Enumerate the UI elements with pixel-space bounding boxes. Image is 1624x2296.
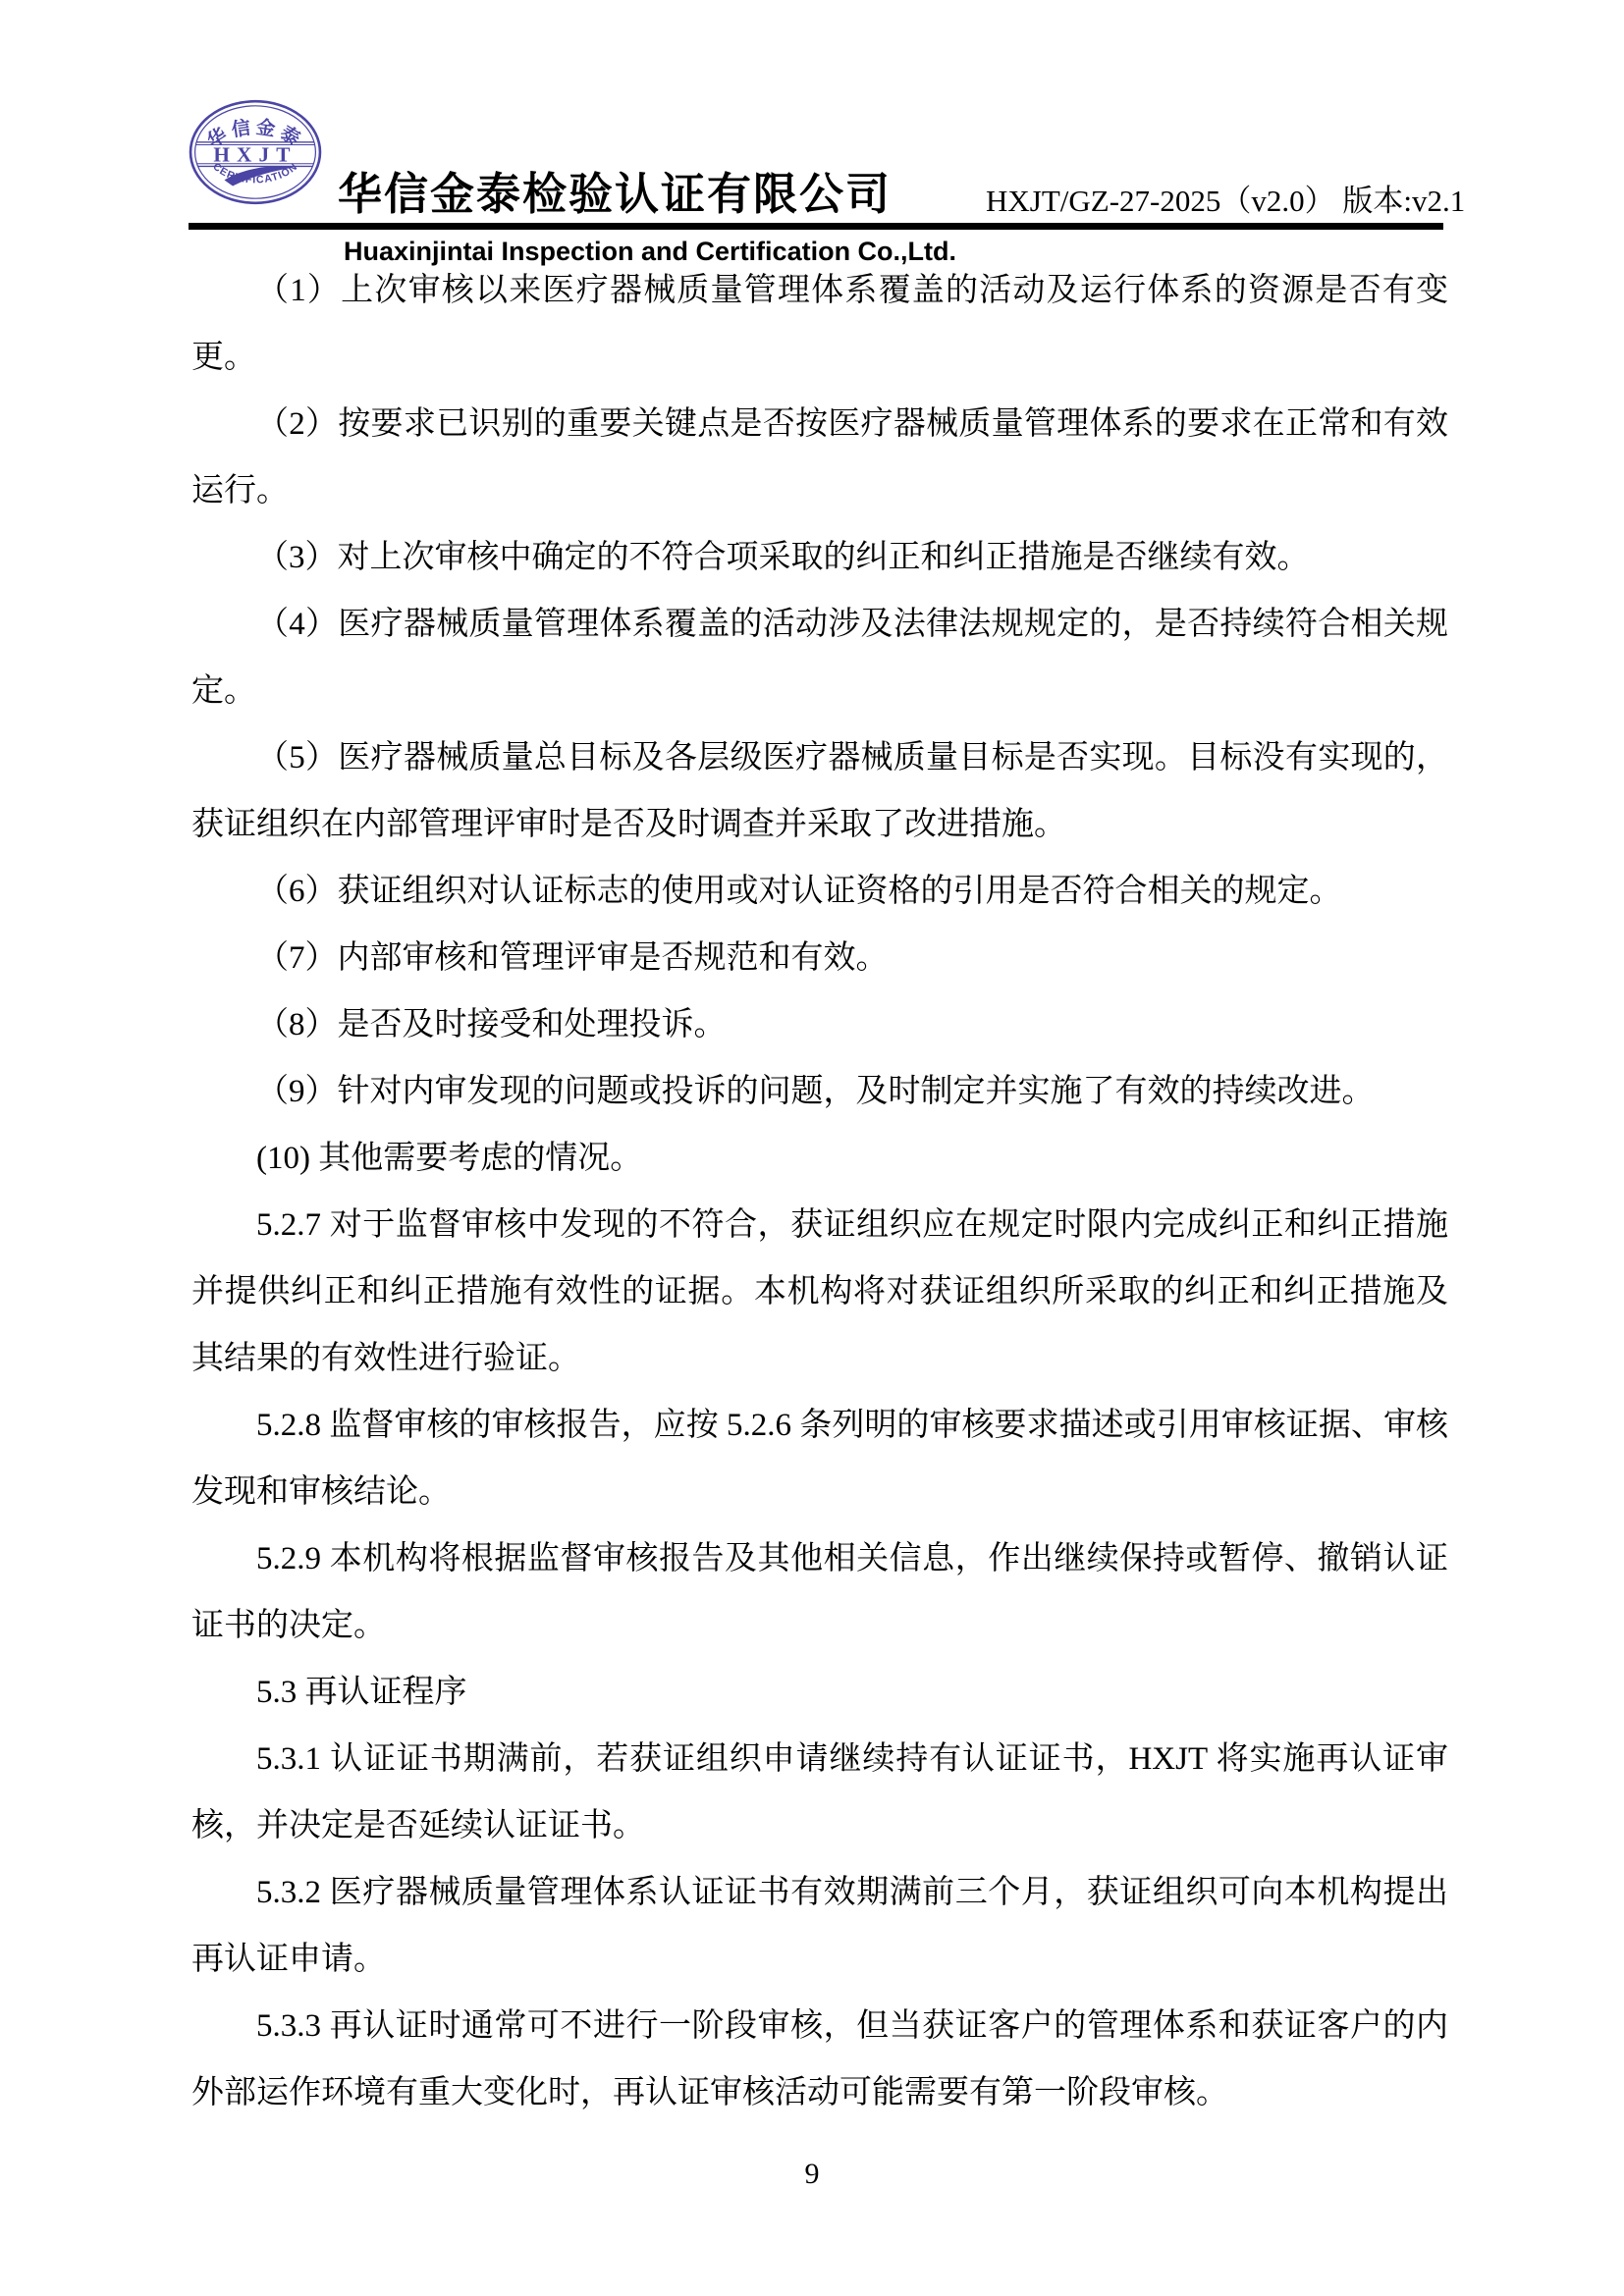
paragraph: 5.3.3 再认证时通常可不进行一阶段审核，但当获证客户的管理体系和获证客户的内…	[191, 1993, 1448, 2126]
header-divider	[189, 223, 1443, 230]
company-name-zh: 华信金泰检验认证有限公司	[338, 171, 892, 220]
company-seal-logo: 华信金泰 HXJT CERTIFICATION	[189, 98, 322, 206]
document-body: （1）上次审核以来医疗器械质量管理体系覆盖的活动及运行体系的资源是否有变更。（2…	[191, 257, 1448, 2126]
paragraph: （3）对上次审核中确定的不符合项采取的纠正和纠正措施是否继续有效。	[191, 524, 1448, 591]
seal-icon: 华信金泰 HXJT CERTIFICATION	[189, 98, 322, 206]
seal-acronym-text: HXJT	[213, 143, 297, 167]
paragraph: （2）按要求已识别的重要关键点是否按医疗器械质量管理体系的要求在正常和有效运行。	[191, 391, 1448, 524]
paragraph: 5.2.9 本机构将根据监督审核报告及其他相关信息，作出继续保持或暂停、撤销认证…	[191, 1525, 1448, 1659]
paragraph: （4）医疗器械质量管理体系覆盖的活动涉及法律法规规定的，是否持续符合相关规定。	[191, 591, 1448, 724]
document-code: HXJT/GZ-27-2025（v2.0） 版本:v2.1	[986, 185, 1465, 218]
paragraph: （8）是否及时接受和处理投诉。	[191, 991, 1448, 1058]
paragraph: 5.3.1 认证证书期满前，若获证组织申请继续持有认证证书，HXJT 将实施再认…	[191, 1726, 1448, 1859]
paragraph: 5.3.2 医疗器械质量管理体系认证证书有效期满前三个月，获证组织可向本机构提出…	[191, 1859, 1448, 1993]
paragraph: 5.3 再认证程序	[191, 1659, 1448, 1726]
paragraph: (10) 其他需要考虑的情况。	[191, 1125, 1448, 1192]
paragraph: 5.2.7 对于监督审核中发现的不符合，获证组织应在规定时限内完成纠正和纠正措施…	[191, 1192, 1448, 1392]
paragraph: （1）上次审核以来医疗器械质量管理体系覆盖的活动及运行体系的资源是否有变更。	[191, 257, 1448, 391]
paragraph: （6）获证组织对认证标志的使用或对认证资格的引用是否符合相关的规定。	[191, 858, 1448, 925]
paragraph: （9）针对内审发现的问题或投诉的问题，及时制定并实施了有效的持续改进。	[191, 1058, 1448, 1125]
paragraph: （7）内部审核和管理评审是否规范和有效。	[191, 925, 1448, 991]
paragraph: （5）医疗器械质量总目标及各层级医疗器械质量目标是否实现。目标没有实现的，获证组…	[191, 724, 1448, 858]
paragraph: 5.2.8 监督审核的审核报告，应按 5.2.6 条列明的审核要求描述或引用审核…	[191, 1392, 1448, 1525]
page-number: 9	[0, 2158, 1624, 2191]
document-page: 华信金泰 HXJT CERTIFICATION 华信金泰检验认证有限公司 HXJ…	[0, 0, 1624, 2296]
